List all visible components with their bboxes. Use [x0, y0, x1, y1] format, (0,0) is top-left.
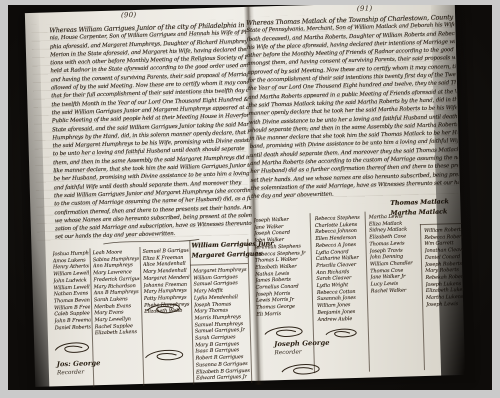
witness-column-3: Samuel B GarriguesEliza K FreemanAlice M… — [142, 248, 190, 321]
ink-flourish — [142, 347, 186, 364]
recorder-signature-right: Joseph George Recorder — [274, 339, 330, 358]
box-rule — [190, 263, 248, 266]
witness-signature: Joseph Lewis — [426, 301, 464, 309]
register-spread: (90) Whereas William Garrigues Junior of… — [25, 5, 465, 387]
witness-column-4: William RobertsRebecca RobertsWm Garrett… — [424, 227, 464, 312]
witness-signature: Daniel Roberts — [55, 324, 91, 332]
witness-signature: Rebecca A Jones — [315, 242, 361, 250]
right-page: (91) Whereas Thomas Matlack of the Towns… — [243, 5, 467, 381]
witness-column-2: Leah MooreSabina HumphreysAnn HumphreysM… — [93, 249, 142, 342]
page-number-right: (91) — [357, 5, 373, 13]
recorder-name: Joseph George — [274, 339, 330, 350]
ink-flourish — [262, 323, 306, 340]
left-page: (90) Whereas William Garrigues Junior of… — [25, 7, 257, 387]
book-photo: (90) Whereas William Garrigues Junior of… — [8, 5, 492, 390]
witness-signature: Elizabeth Lukens — [95, 329, 141, 337]
witness-signature: Eli Morris — [256, 310, 308, 318]
witness-signature: Edward Garrigues Jr — [196, 374, 250, 382]
recorder-title: Recorder — [57, 368, 101, 377]
scanned-register-screenshot: { "colors":{ "frame_gray":"#cacaca", "ph… — [0, 0, 500, 398]
witness-signature: Elizabeth Webb — [144, 308, 190, 316]
witness-signature: Rachel Walker — [371, 287, 418, 295]
recorder-signature-left: Jos: George Recorder — [57, 359, 101, 377]
witness-column-4: Margaret HumphreysWilliam GarriguesSamue… — [193, 267, 250, 384]
witness-column-2: Rebecca StephensCharlotte LukensRebecca … — [315, 215, 364, 326]
ink-flourish — [279, 361, 323, 378]
ink-flourish — [52, 339, 92, 356]
witness-column-3: Martha LewisEliza MatlackSidney MatlackE… — [369, 213, 418, 298]
witness-signature: Andrew Auble — [317, 315, 363, 323]
recorder-title: Recorder — [274, 348, 329, 358]
witness-column-1: Joshua HumphreysAmos LukensHenry Atherto… — [53, 250, 91, 337]
certificate-text-right: Whereas Thomas Matlack of the Township o… — [246, 13, 459, 201]
certificate-text-left: Whereas William Garrigues Junior of the … — [49, 21, 252, 242]
page-number-left: (90) — [121, 11, 137, 19]
witness-column-1: Joseph WalkerJane WalkerJoseph ConardJoh… — [254, 216, 309, 321]
box-rule — [420, 223, 462, 225]
